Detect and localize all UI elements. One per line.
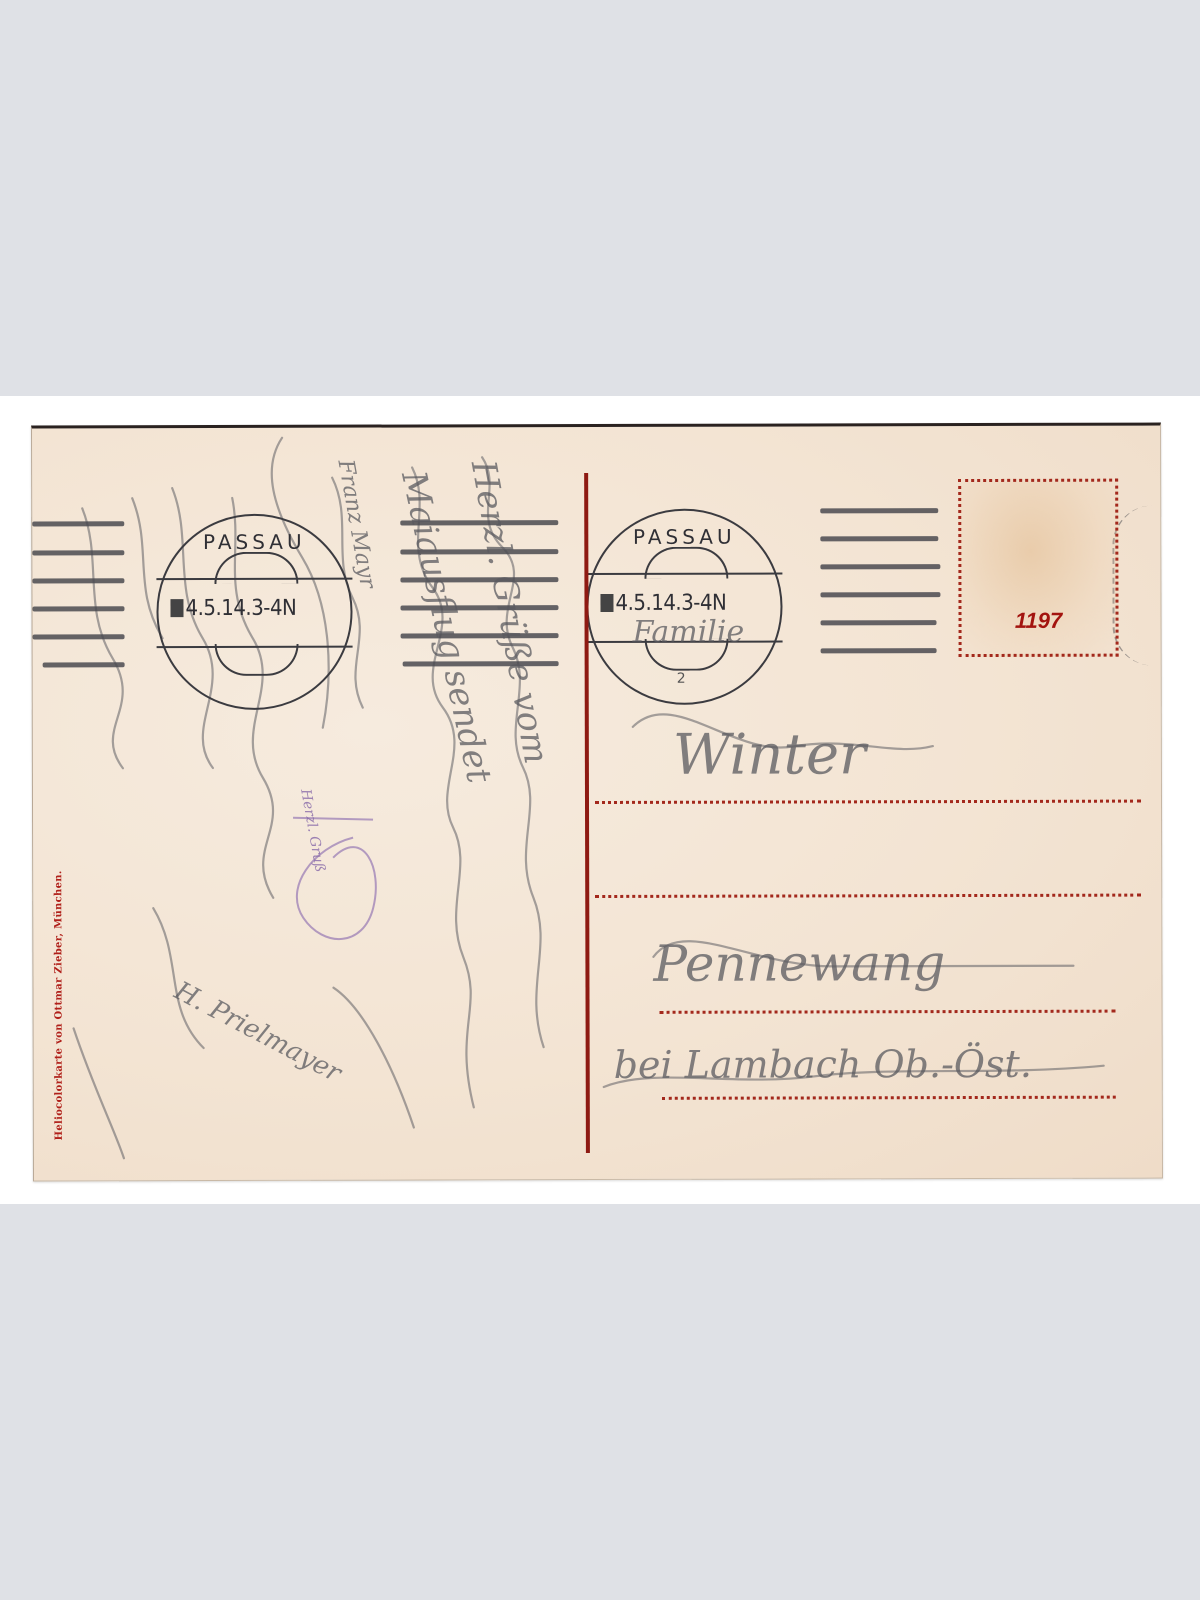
address-text-line-5: bei Lambach Ob.-Öst. [614,1042,1032,1087]
address-text-line-4: Pennewang [653,934,945,993]
postcard: PASSAU 4.5.14.3-4N PASSAU 4.5.14.3-4N 2 … [31,423,1163,1182]
postmark-date-band: 4.5.14.3-4N [156,578,352,649]
stamp-box: 1197 [958,479,1118,657]
address-text-line-2: Winter [673,722,866,788]
postmark-town: PASSAU [588,525,780,550]
postmark-left: PASSAU 4.5.14.3-4N [156,514,353,711]
postmark-arc-decoration [215,644,299,676]
postmark-date: 4.5.14.3-4N [185,596,296,621]
stamp-number: 1197 [961,608,1115,634]
postmark-sub-number: 2 [677,671,686,687]
postmark-date: 4.5.14.3-4N [615,591,726,616]
postmark-town: PASSAU [158,530,350,555]
address-text-line-1: Familie [633,615,745,650]
publisher-imprint: Heliocolorkarte von Ottmar Zieber, Münch… [53,870,65,1140]
postmark-right: PASSAU 4.5.14.3-4N 2 [586,509,783,706]
